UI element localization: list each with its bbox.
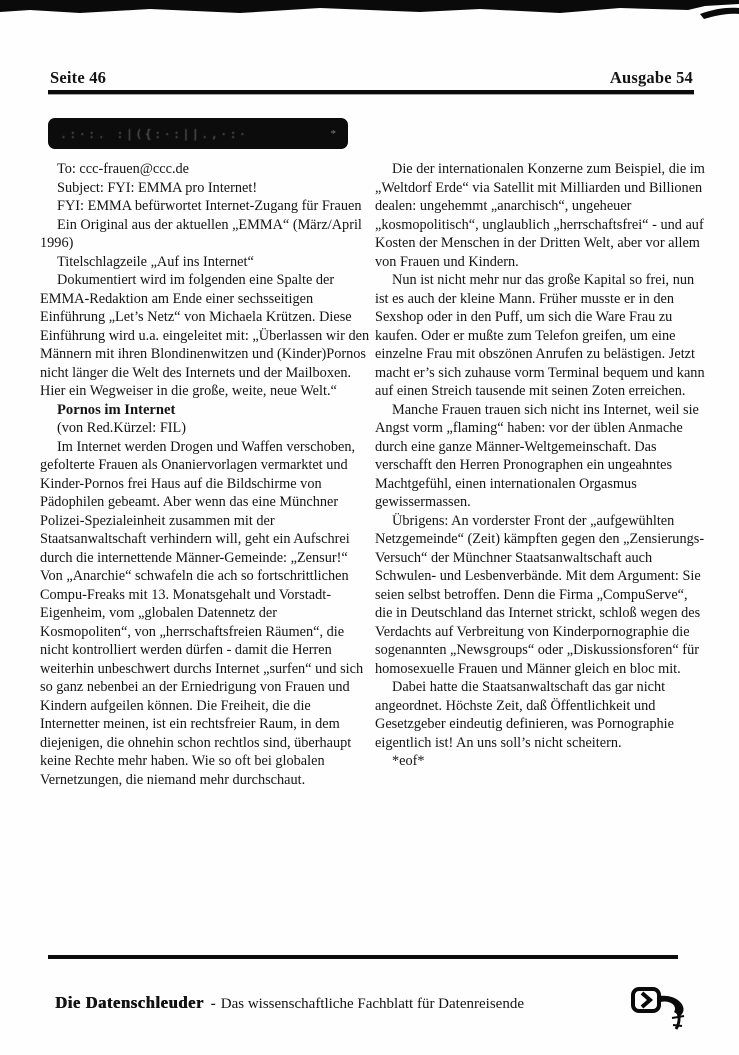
running-header: Seite 46 Ausgabe 54 <box>50 68 693 88</box>
intro-paragraph: Dokumentiert wird im folgenden eine Spal… <box>40 271 370 401</box>
paragraph-konzerne: Die der internationalen Konzerne zum Bei… <box>375 160 705 271</box>
origin-line-1: Ein Original aus der aktuellen „EMMA“ (M… <box>40 216 370 253</box>
datenschleuder-logo-icon <box>630 985 692 1035</box>
title-banner: .:·:. :|({:·:||.,·:· * <box>48 118 348 149</box>
page-number-label: Seite 46 <box>50 68 106 88</box>
email-subject-line: Subject: FYI: EMMA pro Internet! <box>40 179 370 198</box>
body-paragraph: Im Internet werden Drogen und Waffen ver… <box>40 438 370 790</box>
issue-number-label: Ausgabe 54 <box>610 68 693 88</box>
footer-separator: - <box>211 996 216 1012</box>
email-to-line: To: ccc-frauen@ccc.de <box>40 160 370 179</box>
byline: (von Red.Kürzel: FIL) <box>40 419 370 438</box>
origin-line-2: Titelschlagzeile „Auf ins Internet“ <box>40 253 370 272</box>
paragraph-flaming: Manche Frauen trauen sich nicht ins Inte… <box>375 401 705 512</box>
fyi-paragraph: FYI: EMMA befürwortet Internet-Zugang fü… <box>40 197 370 216</box>
banner-speck: * <box>331 128 337 140</box>
scan-artifact-top <box>0 0 739 26</box>
section-heading-pornos-im-internet: Pornos im Internet <box>40 401 370 420</box>
eof-marker: *eof* <box>375 752 705 771</box>
paragraph-uebrigens: Übrigens: An vorderster Front der „aufge… <box>375 512 705 679</box>
footer-tagline: Das wissenschaftliche Fachblatt für Date… <box>221 996 524 1012</box>
footer-masthead: Die Datenschleuder-Das wissenschaftliche… <box>55 993 524 1013</box>
banner-illegible-text: .:·:. :|({:·:||.,·:· <box>60 127 248 141</box>
magazine-name: Die Datenschleuder <box>55 993 204 1012</box>
footer-rule <box>48 955 678 959</box>
magazine-page: Seite 46 Ausgabe 54 .:·:. :|({:·:||.,·:·… <box>0 0 739 1055</box>
paragraph-kapital: Nun ist nicht mehr nur das große Kapital… <box>375 271 705 401</box>
right-column: Die der internationalen Konzerne zum Bei… <box>375 160 705 771</box>
paragraph-staatsanwaltschaft: Dabei hatte die Staatsanwaltschaft das g… <box>375 678 705 752</box>
header-rule <box>48 90 694 94</box>
left-column: To: ccc-frauen@ccc.de Subject: FYI: EMMA… <box>40 160 370 789</box>
